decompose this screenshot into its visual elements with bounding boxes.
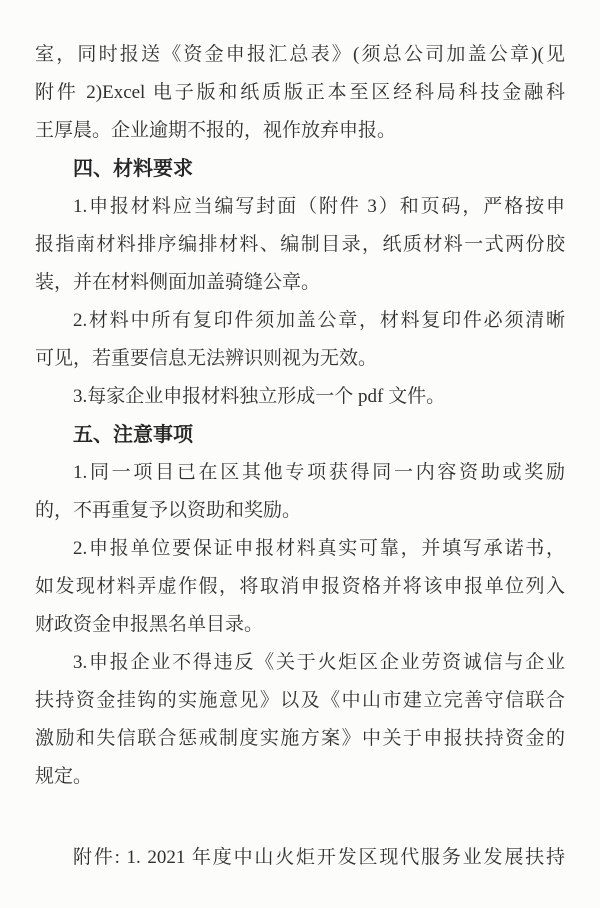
document-page: 室，同时报送《资金申报汇总表》(须总公司加盖公章)(见 附件 2)Excel 电… [0,0,600,908]
doc-line: 3.每家企业申报材料独立形成一个 pdf 文件。 [35,378,565,416]
document-content: 室，同时报送《资金申报汇总表》(须总公司加盖公章)(见 附件 2)Excel 电… [0,0,600,877]
doc-line: 3.申报企业不得违反《关于火炬区企业劳资诚信与企业 [35,644,565,682]
doc-line: 室，同时报送《资金申报汇总表》(须总公司加盖公章)(见 [35,36,565,74]
doc-line: 王厚晨。企业逾期不报的，视作放弃申报。 [35,112,565,150]
section-heading-notes: 五、注意事项 [35,416,565,454]
doc-line: 报指南材料排序编排材料、编制目录，纸质材料一式两份胶 [35,226,565,264]
doc-line: 可见，若重要信息无法辨识则视为无效。 [35,340,565,378]
doc-line: 2.申报单位要保证申报材料真实可靠，并填写承诺书， [35,530,565,568]
doc-line: 激励和失信联合惩戒制度实施方案》中关于申报扶持资金的 [35,720,565,758]
doc-line: 的，不再重复予以资助和奖励。 [35,492,565,530]
doc-line: 1.同一项目已在区其他专项获得同一内容资助或奖励 [35,454,565,492]
attachment-line: 附件: 1. 2021 年度中山火炬开发区现代服务业发展扶持 [35,839,565,877]
section-heading-materials: 四、材料要求 [35,150,565,188]
doc-line: 扶持资金挂钩的实施意见》以及《中山市建立完善守信联合 [35,682,565,720]
doc-line: 装，并在材料侧面加盖骑缝公章。 [35,264,565,302]
doc-line: 1.申报材料应当编写封面（附件 3）和页码，严格按申 [35,188,565,226]
doc-line: 2.材料中所有复印件须加盖公章，材料复印件必须清晰 [35,302,565,340]
doc-line: 财政资金申报黑名单目录。 [35,606,565,644]
doc-line: 规定。 [35,758,565,796]
doc-line: 附件 2)Excel 电子版和纸质版正本至区经科局科技金融科 [35,74,565,112]
doc-line: 如发现材料弄虚作假，将取消申报资格并将该申报单位列入 [35,568,565,606]
blank-gap [35,796,565,839]
